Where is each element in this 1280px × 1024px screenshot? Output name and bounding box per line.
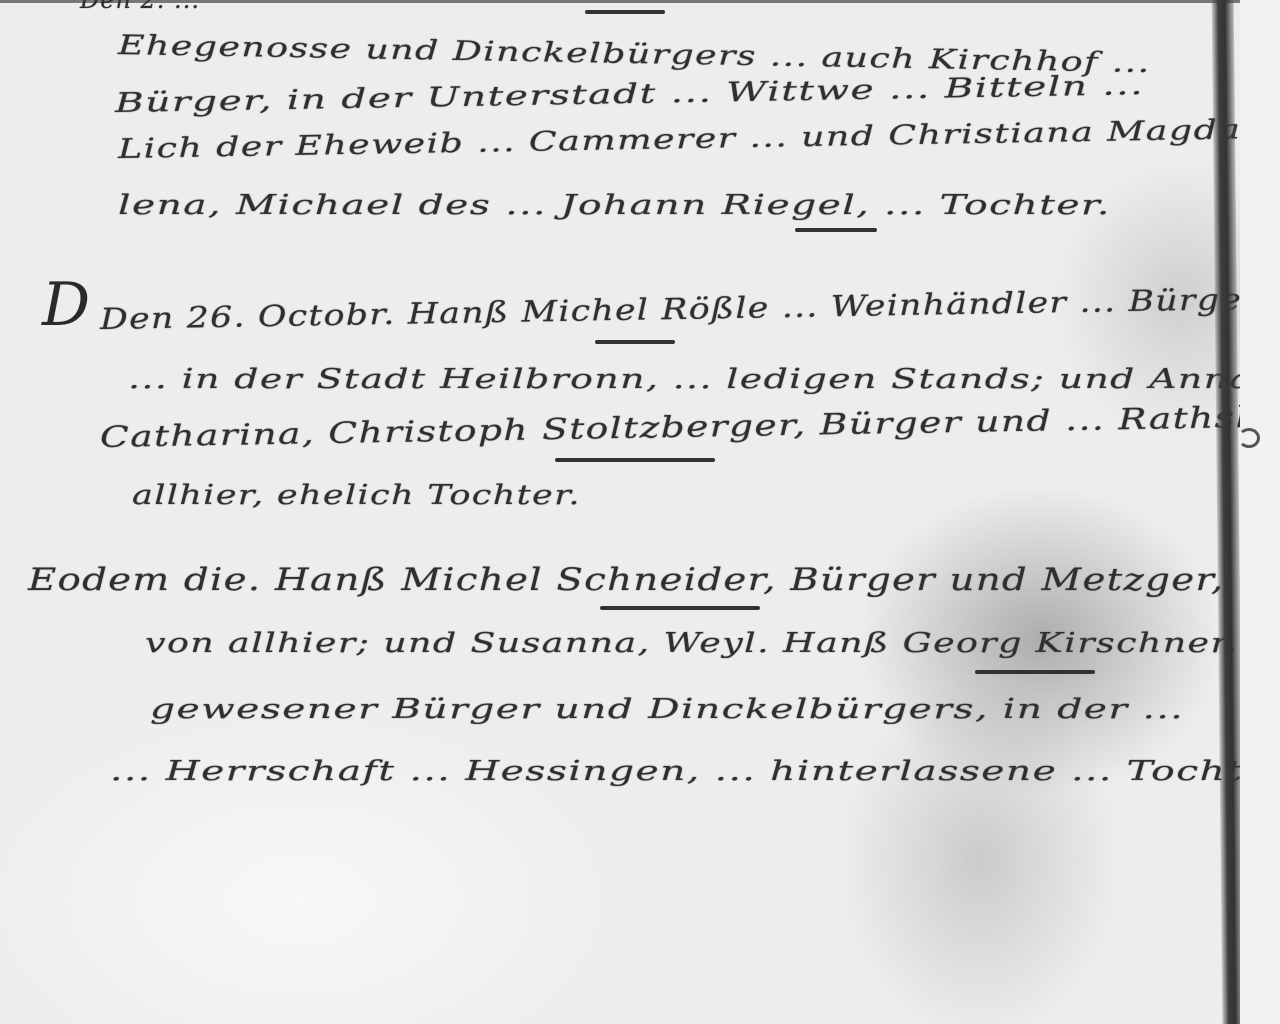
- underline-heilbronn: [595, 340, 675, 344]
- underline-riegel: [795, 228, 877, 232]
- underline-kirschner: [975, 670, 1095, 674]
- entry-1-line-4: lena, Michael des ... Johann Riegel, ...…: [118, 190, 1111, 221]
- underline-susanna: [600, 606, 760, 610]
- entry-2-line-3: allhier, ehelich Tochter.: [132, 480, 581, 511]
- entry-1-line-0: Den 2. ...: [80, 0, 200, 14]
- margin-initial-d: D: [42, 270, 90, 340]
- underline-stoltzberger: [555, 458, 715, 462]
- underline-top: [585, 10, 665, 14]
- binding-thread-knot: [1238, 428, 1260, 448]
- entry-2-line-1: ... in der Stadt Heilbronn, ... ledigen …: [128, 364, 1253, 395]
- entry-3-line-2: gewesener Bürger und Dinckelbürgers, in …: [150, 694, 1184, 725]
- entry-3-line-0: Eodem die. Hanß Michel Schneider, Bürger…: [28, 562, 1224, 598]
- facing-page-edge: [1240, 0, 1280, 1024]
- entry-3-line-1: von allhier; und Susanna, Weyl. Hanß Geo…: [145, 628, 1238, 659]
- entry-3-line-3: ... Herrschaft ... Hessingen, ... hinter…: [110, 756, 1280, 787]
